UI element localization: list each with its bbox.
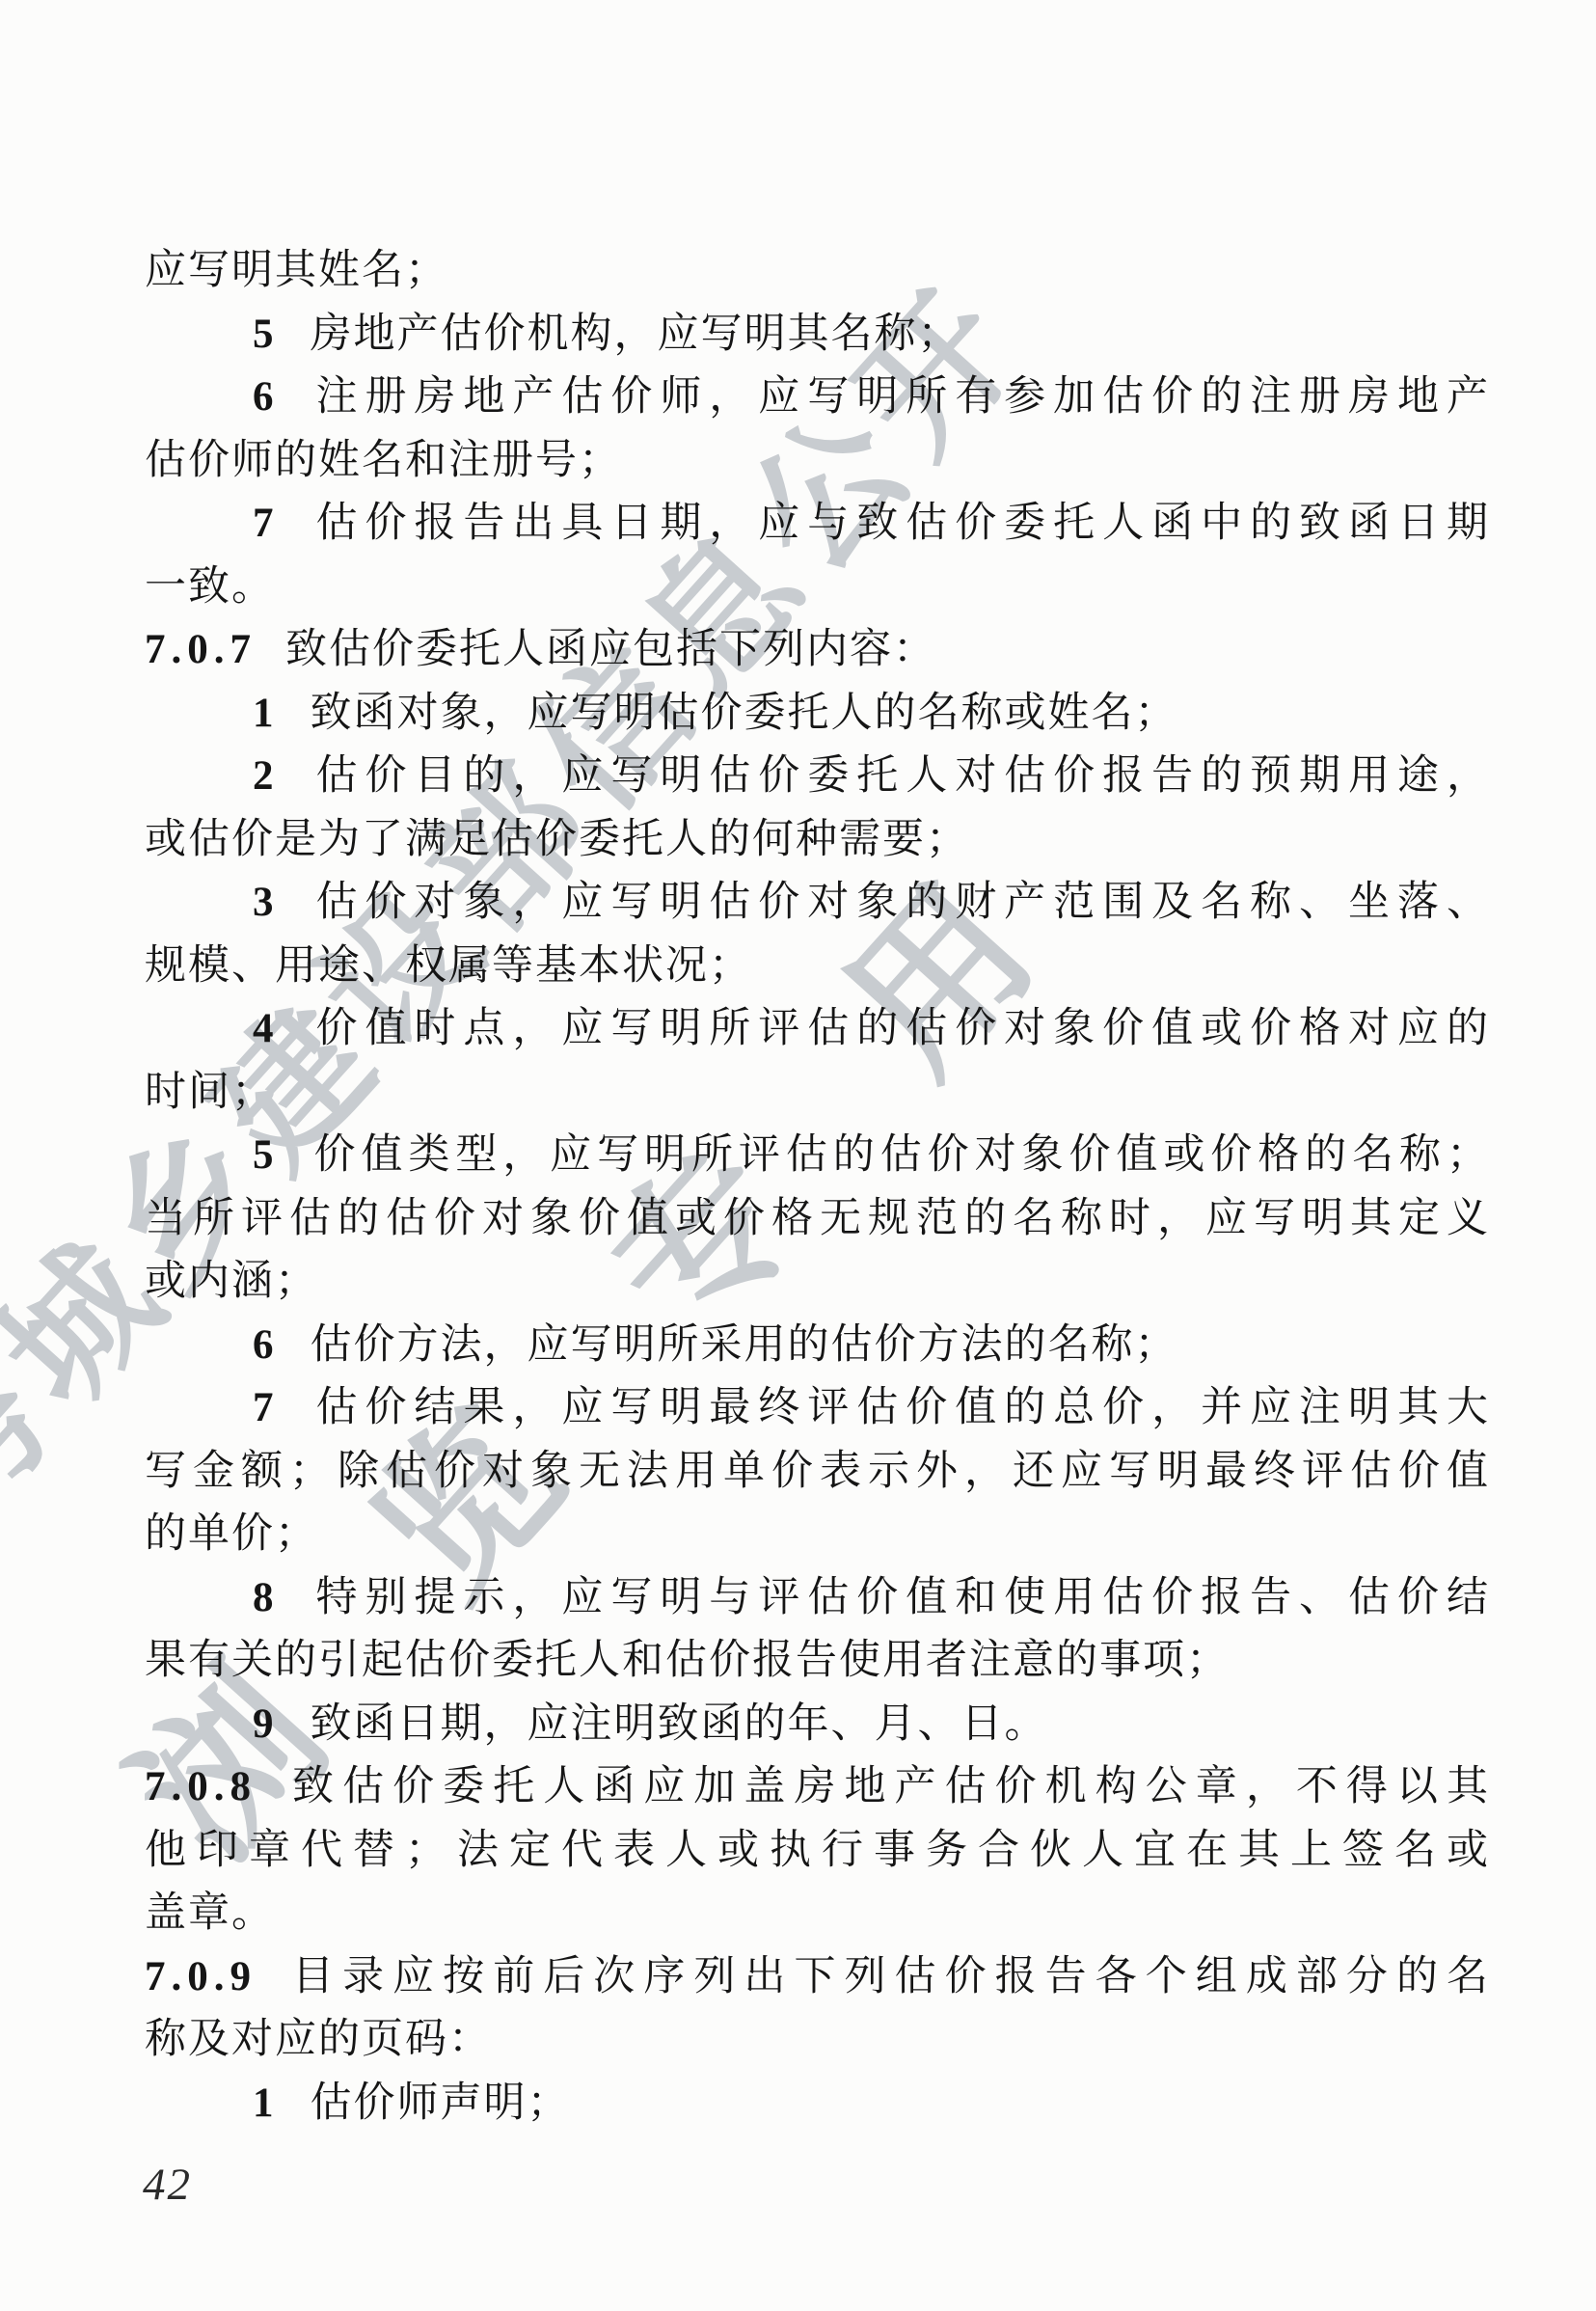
line-text: 特别提示，应写明与评估价值和使用估价报告、估价结: [311, 1575, 1491, 1620]
text-line: 果有关的引起估价委托人和估价报告使用者注意的事项；: [145, 1629, 1490, 1693]
text-line: 2估价目的，应写明估价委托人对估价报告的预期用途，: [145, 745, 1490, 808]
line-text: 致估价委托人函应包括下列内容：: [285, 627, 936, 672]
line-text: 注册房地产估价师，应写明所有参加估价的注册房地产: [311, 374, 1491, 420]
line-text: 应写明其姓名；: [145, 248, 448, 293]
line-number: 7.0.9: [145, 1954, 257, 1999]
line-number: 1: [253, 2080, 276, 2126]
line-number: 6: [253, 374, 276, 420]
line-text: 时间；: [145, 1070, 275, 1115]
line-text: 规模、用途、权属等基本状况；: [145, 943, 752, 989]
line-text: 致估价委托人函应加盖房地产估价机构公章，不得以其: [285, 1764, 1490, 1809]
line-number: 1: [253, 691, 276, 736]
line-text: 价值类型，应写明所评估的估价对象价值或价格的名称；: [311, 1132, 1491, 1178]
line-text: 或估价是为了满足估价委托人的何种需要；: [145, 817, 969, 862]
line-number: 7: [253, 501, 276, 546]
line-text: 估价报告出具日期，应与致估价委托人函中的致函日期: [311, 501, 1491, 546]
line-text: 一致。: [145, 564, 275, 610]
line-number: 5: [253, 1132, 276, 1178]
line-number: 7.0.8: [145, 1764, 257, 1809]
line-text: 或内涵；: [145, 1259, 318, 1304]
line-text: 的单价；: [145, 1511, 318, 1557]
text-line: 时间；: [145, 1061, 1490, 1125]
text-line: 他印章代替；法定代表人或执行事务合伙人宜在其上签名或: [145, 1819, 1490, 1883]
page-number: 42: [143, 2159, 192, 2211]
line-text: 估价方法，应写明所采用的估价方法的名称；: [311, 1322, 1178, 1368]
line-number: 7: [253, 1385, 276, 1430]
text-line: 9致函日期，应注明致函的年、月、日。: [145, 1693, 1490, 1756]
text-line: 或估价是为了满足估价委托人的何种需要；: [145, 808, 1490, 872]
text-line: 4价值时点，应写明所评估的估价对象价值或价格对应的: [145, 997, 1490, 1061]
line-text: 盖章。: [145, 1890, 275, 1936]
line-number: 2: [253, 753, 276, 799]
line-number: 4: [253, 1006, 276, 1051]
line-text: 致函对象，应写明估价委托人的名称或姓名；: [311, 691, 1178, 736]
text-line: 一致。: [145, 556, 1490, 619]
text-line: 5房地产估价机构，应写明其名称；: [145, 303, 1490, 367]
text-line: 估价师的姓名和注册号；: [145, 429, 1490, 493]
text-line: 1估价师声明；: [145, 2072, 1490, 2135]
line-text: 价值时点，应写明所评估的估价对象价值或价格对应的: [311, 1006, 1491, 1051]
text-line: 当所评估的估价对象价值或价格无规范的名称时，应写明其定义: [145, 1187, 1490, 1251]
text-line: 规模、用途、权属等基本状况；: [145, 935, 1490, 998]
text-line: 6注册房地产估价师，应写明所有参加估价的注册房地产: [145, 366, 1490, 429]
line-number: 3: [253, 880, 276, 925]
line-number: 8: [253, 1575, 276, 1620]
text-line: 8特别提示，应写明与评估价值和使用估价报告、估价结: [145, 1566, 1490, 1630]
text-line: 7估价结果，应写明最终评估价值的总价，并应注明其大: [145, 1376, 1490, 1440]
text-line: 应写明其姓名；: [145, 239, 1490, 303]
text-line: 或内涵；: [145, 1250, 1490, 1314]
text-line: 7.0.9目录应按前后次序列出下列估价报告各个组成部分的名: [145, 1945, 1490, 2009]
text-line: 称及对应的页码：: [145, 2008, 1490, 2072]
line-number: 5: [253, 312, 276, 357]
line-text: 估价师声明；: [311, 2080, 571, 2126]
line-number: 9: [253, 1701, 276, 1747]
line-text: 称及对应的页码：: [145, 2017, 492, 2062]
text-body: 应写明其姓名；5房地产估价机构，应写明其名称；6注册房地产估价师，应写明所有参加…: [145, 239, 1490, 2134]
line-text: 致函日期，应注明致函的年、月、日。: [311, 1701, 1048, 1747]
line-text: 写金额；除估价对象无法用单价表示外，还应写明最终评估价值: [145, 1449, 1490, 1494]
line-text: 他印章代替；法定代表人或执行事务合伙人宜在其上签名或: [145, 1828, 1490, 1873]
line-text: 目录应按前后次序列出下列估价报告各个组成部分的名: [285, 1954, 1490, 1999]
text-line: 6估价方法，应写明所采用的估价方法的名称；: [145, 1314, 1490, 1377]
text-line: 3估价对象，应写明估价对象的财产范围及名称、坐落、: [145, 871, 1490, 935]
line-text: 房地产估价机构，应写明其名称；: [311, 312, 961, 357]
text-line: 5价值类型，应写明所评估的估价对象价值或价格的名称；: [145, 1124, 1490, 1187]
line-text: 估价对象，应写明估价对象的财产范围及名称、坐落、: [311, 880, 1491, 925]
document-page: 住房城乡建设部信息公开 浏览专用 应写明其姓名；5房地产估价机构，应写明其名称；…: [0, 0, 1596, 2311]
text-line: 7.0.7致估价委托人函应包括下列内容：: [145, 618, 1490, 682]
text-line: 写金额；除估价对象无法用单价表示外，还应写明最终评估价值: [145, 1440, 1490, 1504]
text-line: 7估价报告出具日期，应与致估价委托人函中的致函日期: [145, 492, 1490, 556]
text-line: 7.0.8致估价委托人函应加盖房地产估价机构公章，不得以其: [145, 1755, 1490, 1819]
line-number: 6: [253, 1322, 276, 1368]
line-text: 估价目的，应写明估价委托人对估价报告的预期用途，: [311, 753, 1491, 799]
line-number: 7.0.7: [145, 627, 257, 672]
line-text: 当所评估的估价对象价值或价格无规范的名称时，应写明其定义: [145, 1196, 1490, 1241]
text-line: 盖章。: [145, 1882, 1490, 1945]
line-text: 果有关的引起估价委托人和估价报告使用者注意的事项；: [145, 1638, 1230, 1683]
line-text: 估价结果，应写明最终评估价值的总价，并应注明其大: [311, 1385, 1491, 1430]
text-line: 1致函对象，应写明估价委托人的名称或姓名；: [145, 682, 1490, 746]
text-line: 的单价；: [145, 1503, 1490, 1566]
line-text: 估价师的姓名和注册号；: [145, 438, 622, 483]
